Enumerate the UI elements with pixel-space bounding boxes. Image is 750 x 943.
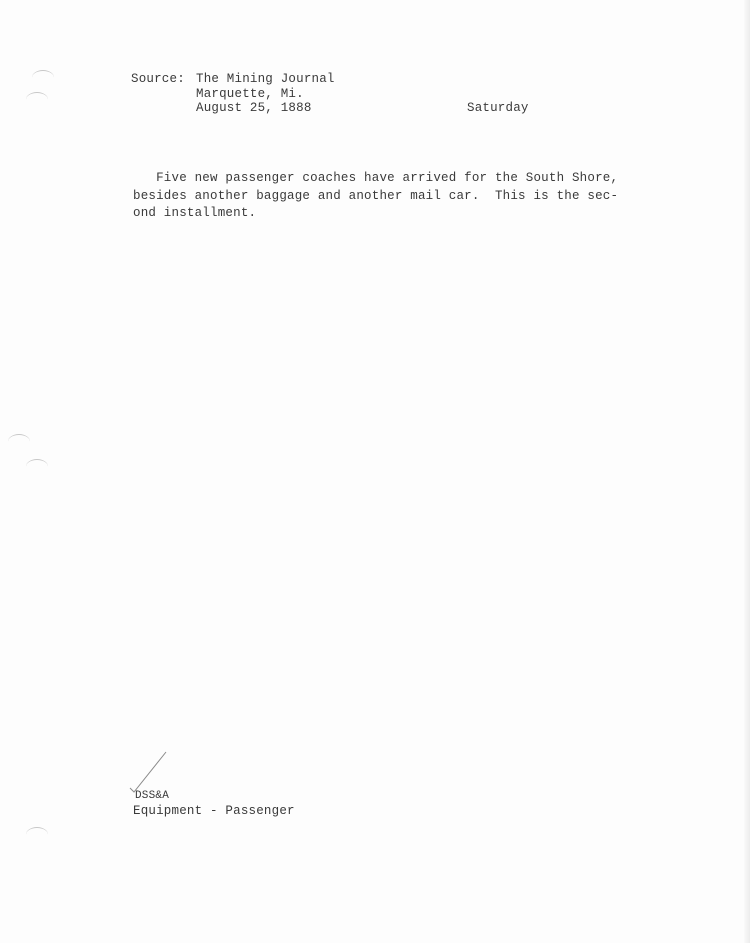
punch-hole-mark [26, 827, 48, 842]
punch-hole-mark [26, 92, 48, 107]
punch-hole-mark [32, 70, 54, 85]
railroad-tag: DSS&A [135, 789, 169, 804]
article-line: besides another baggage and another mail… [133, 188, 593, 206]
page-edge-shadow [744, 0, 750, 943]
subject-category: Equipment - Passenger [133, 804, 295, 819]
article-body: Five new passenger coaches have arrived … [133, 170, 593, 223]
article-line: Five new passenger coaches have arrived … [133, 170, 593, 188]
document-page: Source: The Mining Journal Marquette, Mi… [0, 0, 750, 943]
publication-date: August 25, 1888 [196, 101, 312, 116]
punch-hole-mark [26, 459, 48, 474]
publication-weekday: Saturday [467, 101, 529, 116]
source-label: Source: [131, 72, 185, 87]
publication-name: The Mining Journal [196, 72, 335, 87]
article-line: ond installment. [133, 205, 593, 223]
punch-hole-mark [8, 434, 30, 449]
publication-location: Marquette, Mi. [196, 87, 304, 102]
